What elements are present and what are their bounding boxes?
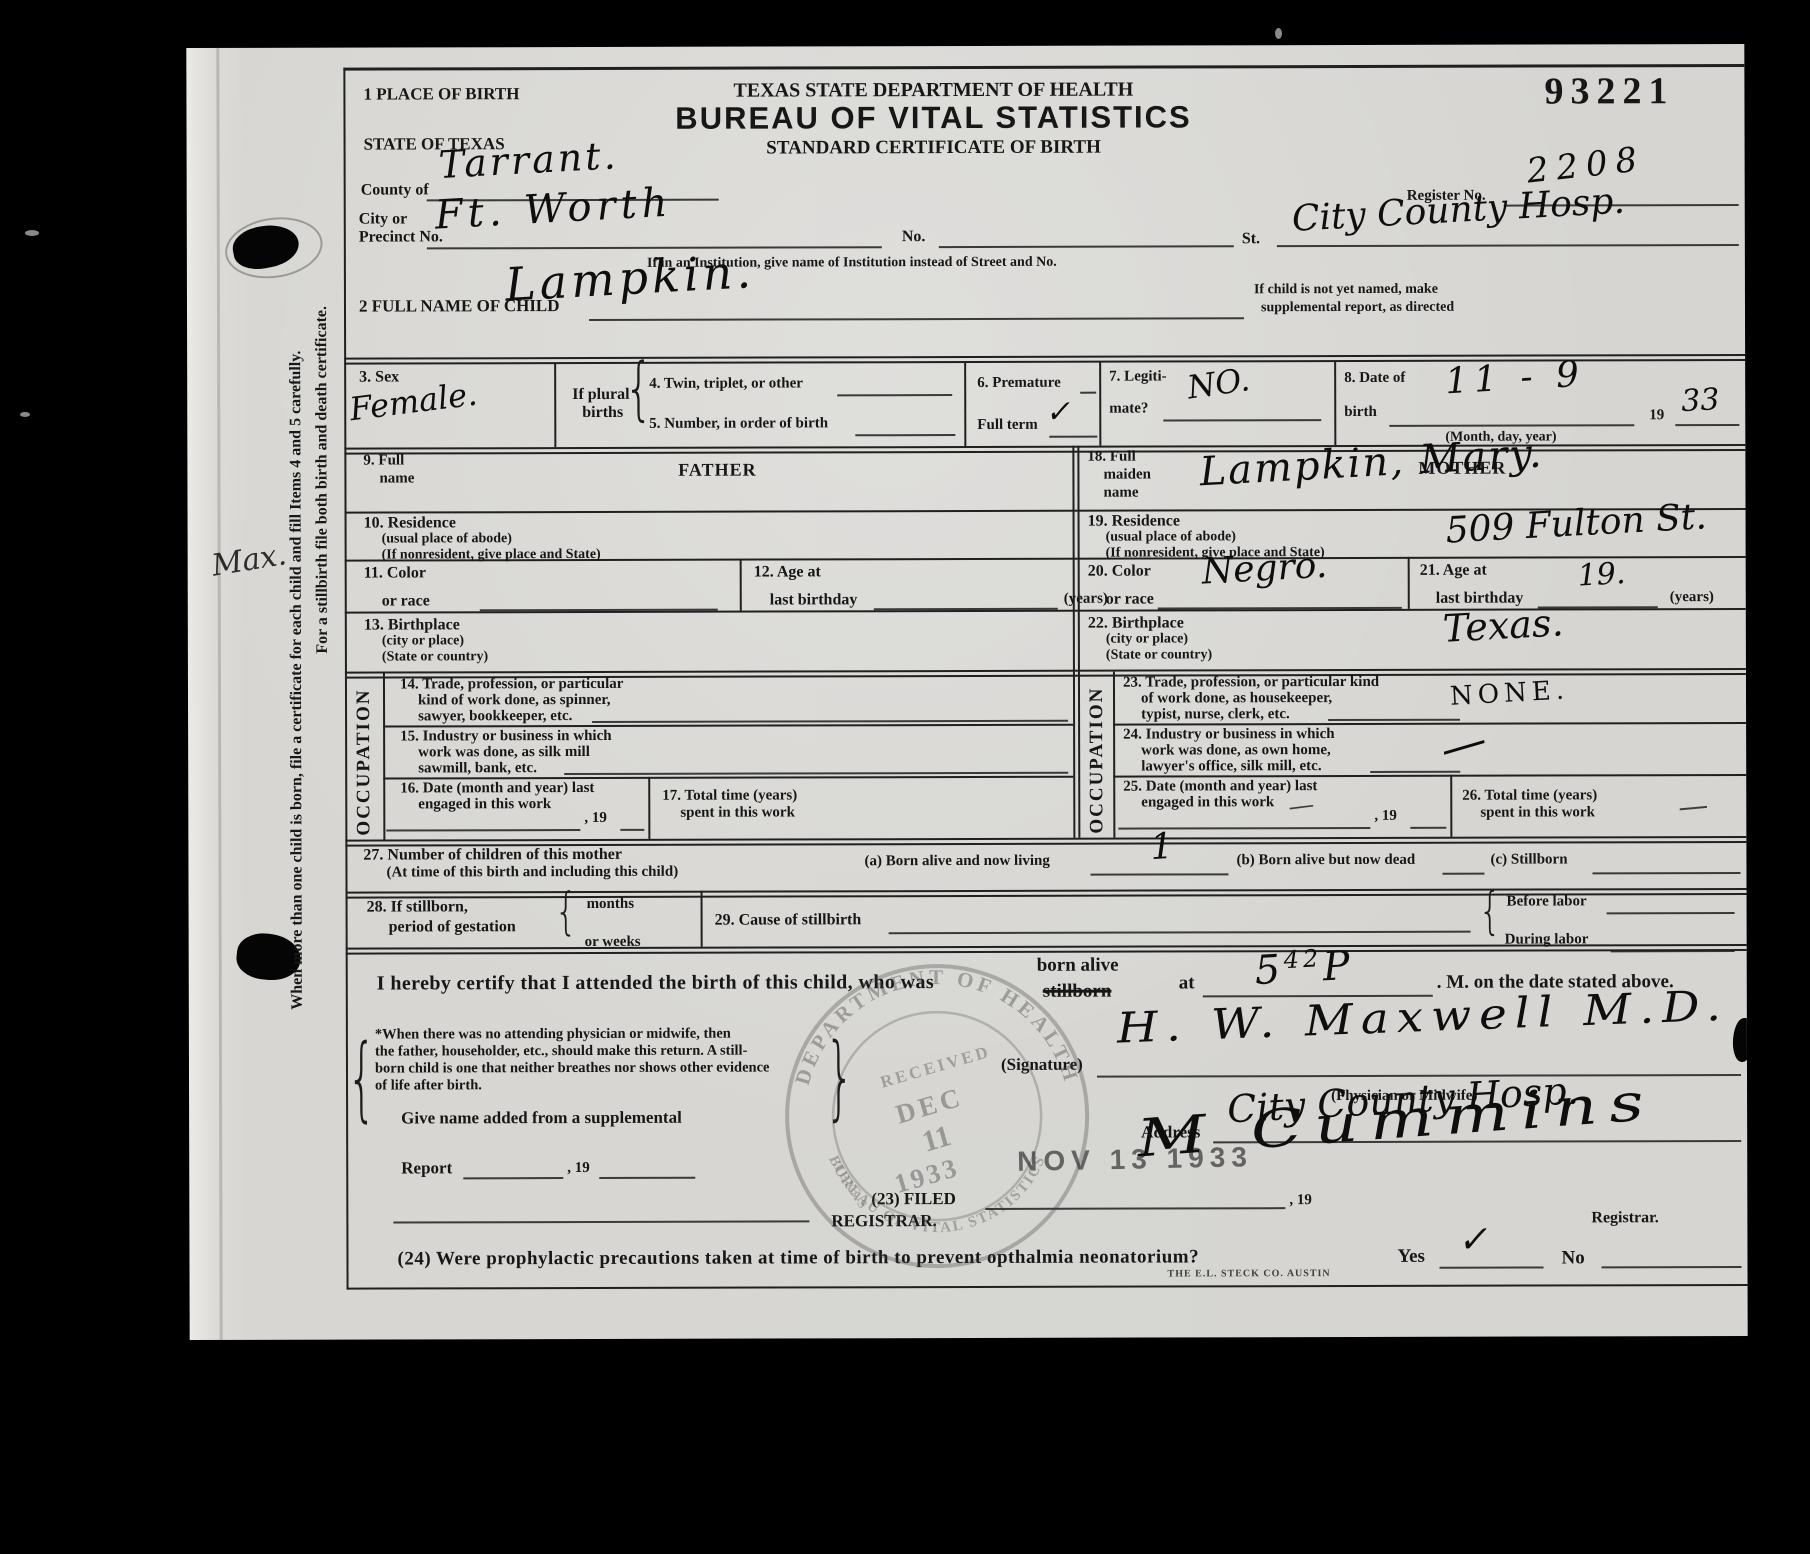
father-trade-label3: sawyer, bookkeeper, etc. xyxy=(418,709,572,725)
birth-order-line xyxy=(855,434,955,436)
date-of-birth-label1: 8. Date of xyxy=(1344,371,1405,387)
father-total-time-label2: spent in this work xyxy=(680,805,795,821)
mother-date-engaged-value: — xyxy=(1287,792,1316,821)
time-hour: 5 xyxy=(1254,947,1286,995)
footnote-line2: the father, householder, etc., should ma… xyxy=(375,1044,748,1060)
father-industry-label2: work was done, as silk mill xyxy=(418,745,590,761)
birth-order-label: 5. Number, in order of birth xyxy=(649,416,828,432)
footnote-line1: *When there was no attending physician o… xyxy=(375,1027,731,1043)
cause-of-stillbirth-line xyxy=(889,931,1471,935)
stamp-state-text: TEXAS xyxy=(831,1159,872,1212)
cell-divider xyxy=(648,777,650,839)
mother-total-time-label1: 26. Total time (years) xyxy=(1462,788,1597,804)
margin-note-multiple-births: When more than one child is born, file a… xyxy=(287,351,307,1010)
born-alive-living-line xyxy=(1090,873,1228,875)
at-label: at xyxy=(1179,973,1195,993)
mother-19-prefix: , 19 xyxy=(1374,809,1397,825)
county-value: Tarrant. xyxy=(438,136,620,184)
legitimate-line xyxy=(1163,419,1321,421)
stillborn-count-line xyxy=(1592,872,1740,874)
no-line xyxy=(1602,1266,1742,1268)
born-alive-living-value: 1 xyxy=(1149,829,1174,866)
street-no-line xyxy=(939,245,1234,248)
father-residence-label1: 10. Residence xyxy=(364,515,456,532)
scan-speck xyxy=(20,412,30,417)
father-age-years: (years) xyxy=(1064,592,1108,608)
street-line xyxy=(1277,244,1739,247)
year-line xyxy=(1675,424,1739,426)
date-of-birth-label2: birth xyxy=(1344,405,1377,421)
precinct-no-label: Precinct No. xyxy=(359,229,443,246)
ink-blob xyxy=(1733,1018,1748,1062)
occupation-strip-divider xyxy=(1113,672,1115,838)
legitimate-label2: mate? xyxy=(1109,402,1148,418)
twin-line xyxy=(837,394,952,396)
mother-age-label1: 21. Age at xyxy=(1420,563,1487,580)
stamp-month-text: DEC xyxy=(892,1081,967,1129)
section-divider xyxy=(345,836,1746,847)
mother-maidenname-label2: maiden xyxy=(1103,468,1151,484)
time-ampm: P xyxy=(1321,943,1354,991)
footnote-line4: of life after birth. xyxy=(375,1078,482,1093)
father-19-line xyxy=(620,829,644,831)
scan-background: { "header": { "place": "1 PLACE OF BIRTH… xyxy=(0,0,1810,1554)
child-name-value: Lampkin. xyxy=(504,248,756,308)
father-age-label2: last birthday xyxy=(770,592,858,609)
mother-trade-value: NONE. xyxy=(1449,677,1569,710)
cell-divider xyxy=(1334,361,1336,445)
twin-label: 4. Twin, triplet, or other xyxy=(649,376,803,392)
labor-brace: { xyxy=(1479,887,1502,937)
months-label: months xyxy=(587,897,635,913)
year-prefix: 19 xyxy=(1649,408,1664,424)
before-labor-label: Before labor xyxy=(1507,894,1587,910)
yes-label: Yes xyxy=(1397,1247,1425,1267)
mother-trade-line xyxy=(1328,719,1460,721)
weeks-label: or weeks xyxy=(585,935,641,951)
father-trade-label1: 14. Trade, profession, or particular xyxy=(400,677,624,693)
supplemental-name-label: Give name added from a supplemental xyxy=(401,1109,682,1128)
cell-divider xyxy=(701,891,703,947)
filed-19-prefix: , 19 xyxy=(1289,1193,1312,1209)
time-minutes: 42 xyxy=(1283,944,1323,974)
born-alive-dead-line xyxy=(1442,873,1484,875)
father-header: FATHER xyxy=(567,460,867,480)
county-label: County of xyxy=(361,182,429,199)
registrar-small-label: Registrar. xyxy=(1591,1210,1658,1227)
father-color-label2: or race xyxy=(382,593,430,610)
premature-label: 6. Premature xyxy=(977,376,1061,392)
father-age-label1: 12. Age at xyxy=(754,564,821,581)
children-count-label1: 27. Number of children of this mother xyxy=(363,847,622,864)
cell-divider xyxy=(554,363,556,447)
mother-maidenname-label3: name xyxy=(1103,486,1138,502)
mother-industry-label3: lawyer's office, silk mill, etc. xyxy=(1141,759,1321,775)
father-date-engaged-label2: engaged in this work xyxy=(418,797,551,813)
legitimate-value: NO. xyxy=(1185,363,1251,404)
full-term-line xyxy=(1049,436,1097,438)
mother-trade-label2: of work done, as housekeeper, xyxy=(1141,691,1332,707)
certificate-serial-number: 93221 xyxy=(1544,72,1674,112)
yes-check: ✓ xyxy=(1456,1222,1488,1260)
mother-age-value: 19. xyxy=(1577,559,1626,592)
before-labor-line xyxy=(1607,912,1735,914)
report-19-line xyxy=(599,1177,695,1179)
title-certificate: STANDARD CERTIFICATE OF BIRTH xyxy=(534,137,1334,159)
report-line xyxy=(463,1177,563,1179)
father-residence-label2: (usual place of abode) xyxy=(382,532,512,547)
full-term-label: Full term xyxy=(977,418,1037,434)
legitimate-label1: 7. Legiti- xyxy=(1109,369,1167,385)
father-industry-label3: sawmill, bank, etc. xyxy=(418,761,537,777)
paper-crease xyxy=(216,48,222,1340)
gestation-brace: { xyxy=(555,888,578,938)
printer-imprint: THE E.L. STECK CO. AUSTIN xyxy=(1168,1269,1331,1280)
father-fullname-label1: 9. Full xyxy=(363,453,404,469)
father-birthplace-label3: (State or country) xyxy=(382,650,488,665)
form-top-border xyxy=(343,64,1744,71)
father-fullname-label2: name xyxy=(379,471,414,487)
mother-color-label1: 20. Color xyxy=(1088,564,1151,581)
father-industry-line xyxy=(564,772,1068,775)
city-or-label: City or xyxy=(359,211,407,228)
margin-annotation: Max. xyxy=(210,540,289,582)
report-label: Report xyxy=(401,1159,452,1177)
mother-color-value: Negro. xyxy=(1201,548,1328,591)
stillborn-gestation-label2: period of gestation xyxy=(389,919,516,936)
children-count-label2: (At time of this birth and including thi… xyxy=(386,865,678,882)
date-of-birth-value: 11 - 9 xyxy=(1444,357,1586,401)
father-trade-label2: kind of work done, as spinner, xyxy=(418,693,610,709)
mother-total-time-label2: spent in this work xyxy=(1480,805,1595,821)
father-industry-label1: 15. Industry or business in which xyxy=(400,729,612,745)
unnamed-note-line2: supplemental report, as directed xyxy=(1261,300,1746,316)
street-value: City County Hosp. xyxy=(1291,184,1626,238)
mother-birthplace-value: Texas. xyxy=(1442,603,1564,648)
cell-divider xyxy=(740,559,742,611)
father-occupation-label: OCCUPATION xyxy=(353,689,375,836)
mother-age-years: (years) xyxy=(1670,590,1714,606)
father-trade-line xyxy=(592,720,1068,723)
premature-line xyxy=(1080,392,1096,394)
form-bottom-border xyxy=(347,1284,1748,1290)
mother-total-time-value: — xyxy=(1677,791,1710,824)
father-total-time-label1: 17. Total time (years) xyxy=(662,788,797,804)
margin-note-stillbirth: For a stillbirth file both birth and dea… xyxy=(313,306,332,654)
city-value: Ft. Worth xyxy=(434,183,674,236)
child-name-line xyxy=(589,317,1244,321)
time-value: 542P xyxy=(1254,944,1355,991)
mother-birthplace-label3: (State or country) xyxy=(1106,648,1212,663)
yes-line xyxy=(1440,1266,1544,1268)
stillborn-count-label: (c) Stillborn xyxy=(1490,852,1567,868)
mother-occupation-label: OCCUPATION xyxy=(1086,687,1108,834)
mother-industry-label1: 24. Industry or business in which xyxy=(1123,727,1335,743)
father-19-prefix: , 19 xyxy=(584,811,607,827)
mother-industry-label2: work was done, as own home, xyxy=(1141,743,1331,759)
street-no-label: No. xyxy=(902,229,926,246)
born-alive-dead-label: (b) Born alive but now dead xyxy=(1236,853,1415,869)
received-stamp: DEPARTMENT OF HEALTH BUREAU OF VITAL STA… xyxy=(777,956,1098,1277)
cause-of-stillbirth-label: 29. Cause of stillbirth xyxy=(715,912,862,929)
mother-residence-label2: (usual place of abode) xyxy=(1106,530,1236,545)
mother-birthplace-label2: (city or place) xyxy=(1106,632,1188,647)
cell-divider xyxy=(1099,362,1101,446)
mother-trade-label3: typist, nurse, clerk, etc. xyxy=(1141,707,1290,723)
born-alive-living-label: (a) Born alive and now living xyxy=(864,854,1049,870)
father-color-label1: 11. Color xyxy=(364,565,426,582)
mother-residence-value: 509 Fulton St. xyxy=(1445,499,1708,549)
during-labor-label: During labor xyxy=(1505,932,1589,948)
father-birthplace-label1: 13. Birthplace xyxy=(364,617,460,634)
year-value: 33 xyxy=(1680,385,1720,417)
father-date-engaged-line xyxy=(386,829,580,832)
mother-birthplace-label1: 22. Birthplace xyxy=(1088,615,1184,632)
footnote-line3: born child is one that neither breathes … xyxy=(375,1061,770,1077)
scan-speck xyxy=(25,230,39,236)
full-term-check: ✓ xyxy=(1044,397,1071,428)
stamp-year-text: 1933 xyxy=(891,1152,963,1199)
report-19-prefix: , 19 xyxy=(567,1161,590,1177)
mother-trade-label1: 23. Trade, profession, or particular kin… xyxy=(1123,675,1379,691)
certificate-paper: Max. When more than one child is born, f… xyxy=(186,44,1747,1340)
cell-divider xyxy=(1408,557,1410,609)
registrar-blank-line xyxy=(393,1220,809,1223)
no-label: No xyxy=(1561,1248,1584,1268)
plural-births-label2: births xyxy=(582,405,623,422)
st-label: St. xyxy=(1242,231,1260,248)
mother-residence-label1: 19. Residence xyxy=(1088,513,1180,530)
scan-speck xyxy=(1275,28,1282,39)
occupation-strip-divider xyxy=(383,674,385,840)
cell-divider xyxy=(1450,775,1452,837)
mother-color-label2: or race xyxy=(1106,592,1154,609)
cell-divider xyxy=(964,362,966,446)
place-of-birth-label: 1 PLACE OF BIRTH xyxy=(363,85,519,103)
mother-date-engaged-label2: engaged in this work xyxy=(1141,795,1274,811)
stillborn-gestation-label1: 28. If stillborn, xyxy=(367,899,468,916)
title-bureau: BUREAU OF VITAL STATISTICS xyxy=(533,101,1333,136)
mother-name-value: Lampkin, Mary. xyxy=(1199,434,1545,493)
title-department: TEXAS STATE DEPARTMENT OF HEALTH xyxy=(533,79,1333,102)
parent-column-divider xyxy=(1072,446,1080,838)
mother-19-line xyxy=(1410,827,1446,829)
footnote-brace-left: { xyxy=(347,1032,377,1124)
father-date-engaged-label1: 16. Date (month and year) last xyxy=(400,781,594,797)
father-birthplace-label2: (city or place) xyxy=(382,634,464,649)
father-residence-label3: (If nonresident, give place and State) xyxy=(382,548,601,563)
stamp-received-text: RECEIVED xyxy=(878,1042,993,1092)
unnamed-note-line1: If child is not yet named, make xyxy=(1254,282,1739,298)
date-of-birth-line xyxy=(1389,424,1634,427)
plural-births-label1: If plural xyxy=(572,387,629,404)
mother-maidenname-label1: 18. Full xyxy=(1087,450,1135,466)
